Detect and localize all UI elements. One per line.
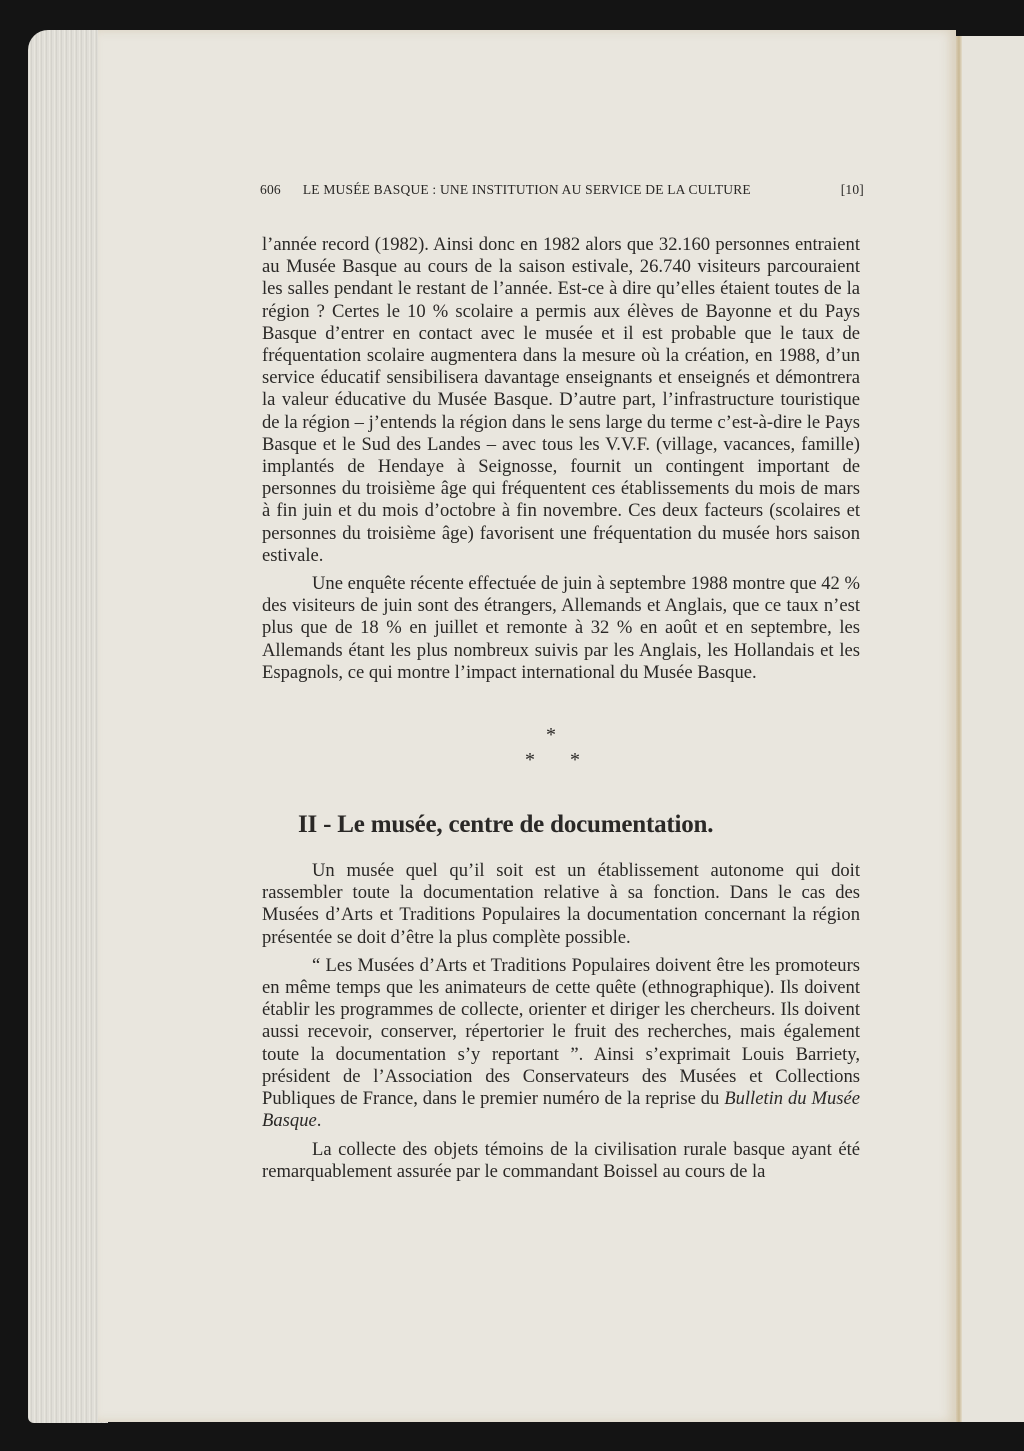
- section-heading: II - Le musée, centre de documentation.: [298, 810, 860, 840]
- paragraph: l’année record (1982). Ainsi donc en 198…: [262, 234, 860, 567]
- paragraph: Un musée quel qu’il soit est un établiss…: [262, 860, 860, 949]
- section-break-asterism: * * *: [262, 724, 860, 796]
- paragraph-quote: “ Les Musées d’Arts et Traditions Popula…: [262, 955, 860, 1133]
- asterisk: *: [570, 749, 580, 771]
- quote-text: “ Les Musées d’Arts et Traditions Popula…: [262, 955, 860, 1109]
- asterisk: *: [525, 749, 535, 771]
- asterisk: *: [546, 724, 556, 746]
- paragraph: Une enquête récente effectuée de juin à …: [262, 573, 860, 684]
- running-title: LE MUSÉE BASQUE : UNE INSTITUTION AU SER…: [303, 182, 841, 198]
- section-marker: [10]: [841, 182, 864, 198]
- paragraph: La collecte des objets témoins de la civ…: [262, 1139, 860, 1183]
- facing-page: [962, 36, 1024, 1422]
- period: .: [317, 1110, 322, 1131]
- body-text: l’année record (1982). Ainsi donc en 198…: [262, 234, 860, 1183]
- page-number: 606: [260, 182, 281, 198]
- page-edges: [28, 30, 108, 1423]
- running-head: 606 LE MUSÉE BASQUE : UNE INSTITUTION AU…: [260, 182, 864, 198]
